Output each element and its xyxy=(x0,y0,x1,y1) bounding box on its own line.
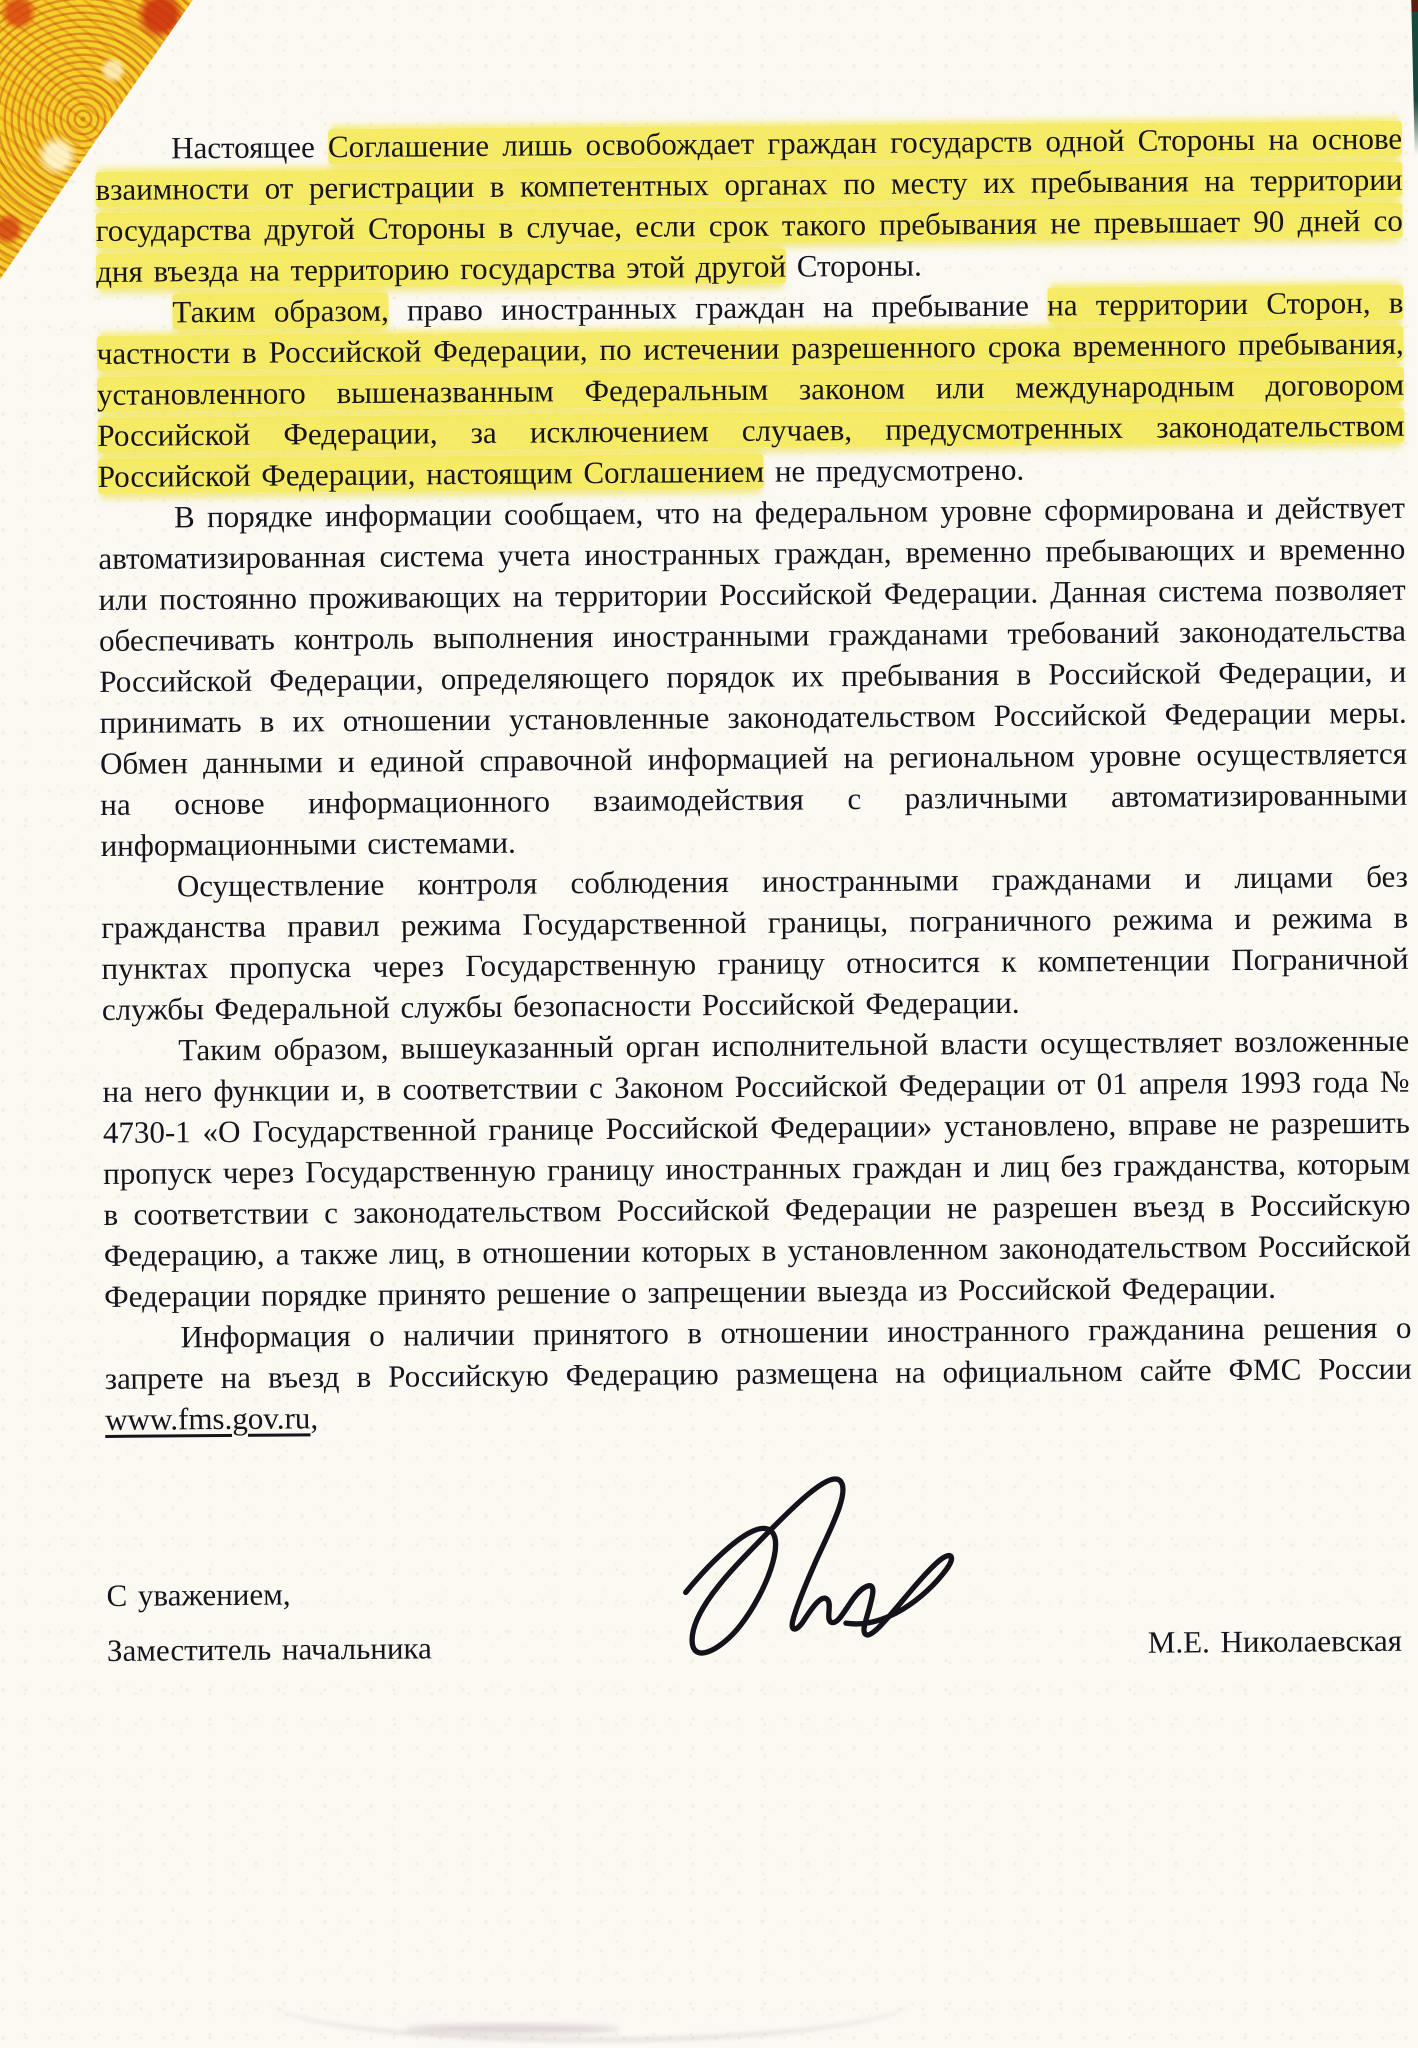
page-curl-smudge xyxy=(405,2024,620,2034)
scan-edge-strip xyxy=(1409,0,1418,155)
signature-svg xyxy=(665,1459,987,1692)
text-segment: , xyxy=(310,1400,318,1435)
signature-handwriting xyxy=(665,1459,987,1692)
signer-name: М.Е. Николаевская xyxy=(1148,1613,1415,1670)
text-segment: Стороны. xyxy=(786,248,922,284)
text-segment: право иностранных граждан на пребывание xyxy=(389,288,1048,328)
closing-left: С уважением, Заместитель начальника xyxy=(106,1565,432,1678)
paragraph: Настоящее Соглашение лишь освобождает гр… xyxy=(95,118,1403,292)
fms-website-url: www.fms.gov.ru xyxy=(105,1400,310,1437)
text-segment: Информация о наличии принятого в отношен… xyxy=(105,1310,1412,1396)
text-segment: Осуществление контроля соблюдения иностр… xyxy=(101,859,1409,1027)
highlighted-text-segment: Таким образом, xyxy=(172,293,389,330)
text-segment: Таким образом, вышеуказанный орган испол… xyxy=(102,1023,1411,1314)
signer-title-line: Заместитель начальника xyxy=(107,1620,432,1678)
text-segment: В порядке информации сообщаем, что на фе… xyxy=(98,490,1407,863)
closing-block: С уважением, Заместитель начальника М.Е.… xyxy=(106,1558,1414,1678)
scanned-letter-page: Настоящее Соглашение лишь освобождает гр… xyxy=(0,0,1418,2048)
paragraph: Информация о наличии принятого в отношен… xyxy=(104,1307,1412,1440)
text-segment: Настоящее xyxy=(171,129,328,165)
text-segment: не предусмотрено. xyxy=(764,452,1024,489)
paragraph: Осуществление контроля соблюдения иностр… xyxy=(101,856,1409,1030)
paragraph: Таким образом, вышеуказанный орган испол… xyxy=(102,1020,1411,1317)
paragraph: В порядке информации сообщаем, что на фе… xyxy=(98,487,1408,866)
salutation-line: С уважением, xyxy=(106,1565,431,1623)
letter-body: Настоящее Соглашение лишь освобождает гр… xyxy=(95,118,1414,1678)
paragraph: Таким образом, право иностранных граждан… xyxy=(96,282,1405,497)
